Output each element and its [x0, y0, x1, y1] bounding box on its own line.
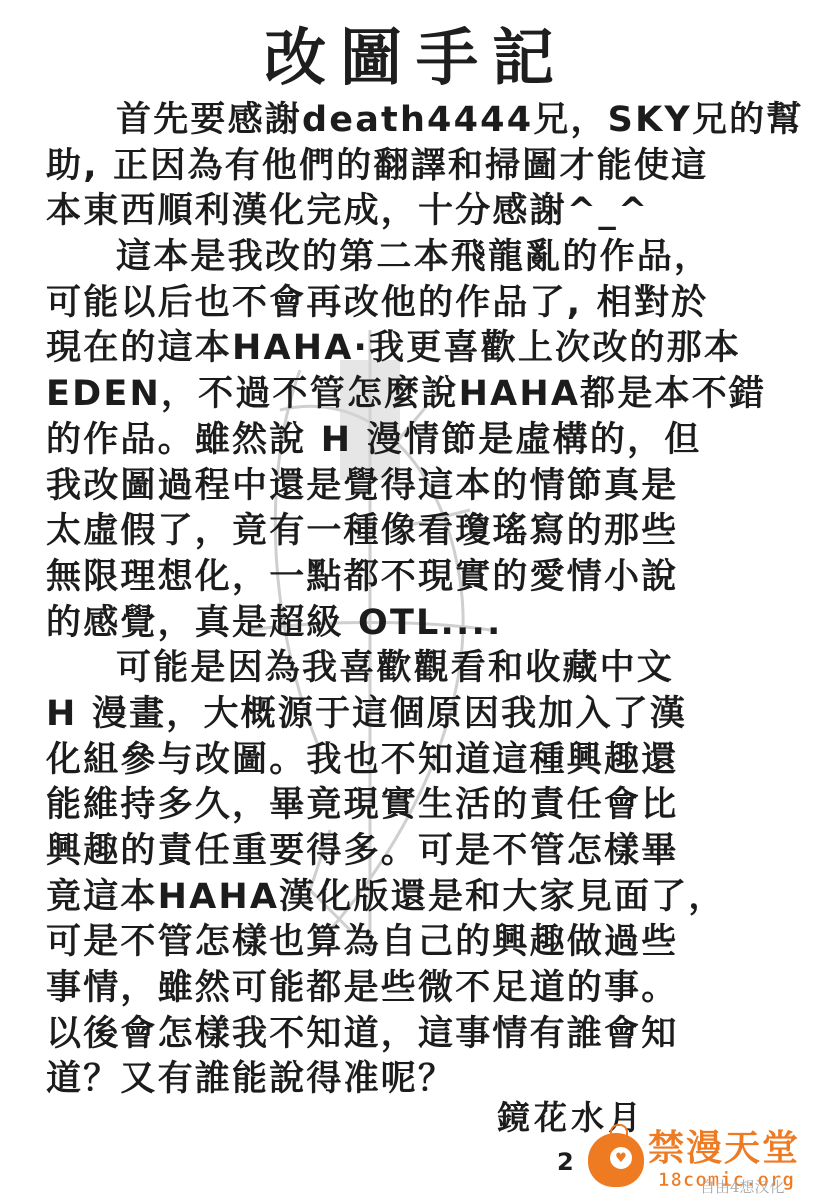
document-page: 改圖手記 首先要感謝death4444兄，SKY兄的幫 助, 正因為有他們的翻譯… [0, 0, 832, 1200]
text-line: H 漫畫，大概源于這個原因我加入了漢 [46, 692, 786, 738]
text-line: 現在的這本HAHA·我更喜歡上次改的那本 [46, 326, 786, 372]
text-line: 無限理想化，一點都不現實的愛情小說 [46, 555, 786, 601]
heart-icon: ♥ [610, 1147, 632, 1169]
brand-name: 禁漫天堂 [648, 1129, 800, 1169]
text-line: 可是不管怎樣也算為自己的興趣做過些 [46, 920, 786, 966]
text-line: 我改圖過程中還是覺得這本的情節真是 [46, 464, 786, 510]
text-line: 以後會怎樣我不知道，這事情有誰會知 [46, 1012, 786, 1058]
text-line: 首先要感謝death4444兄，SKY兄的幫 [46, 98, 786, 144]
text-line: 化組參与改圖。我也不知道這種興趣還 [46, 738, 786, 784]
group-credit: 自由4想汉化 [700, 1176, 785, 1197]
page-title: 改圖手記 [0, 8, 832, 97]
date-partial: 2 [557, 1148, 574, 1176]
text-line: 助, 正因為有他們的翻譯和掃圖才能使這 [46, 144, 786, 190]
text-line: 可能以后也不會再改他的作品了, 相對於 [46, 281, 786, 327]
mascot-icon: ♥ [588, 1133, 644, 1187]
text-line: 太虛假了，竟有一種像看瓊瑤寫的那些 [46, 509, 786, 555]
text-line: EDEN，不過不管怎麼說HAHA都是本不錯 [46, 372, 786, 418]
text-line: 事情，雖然可能都是些微不足道的事。 [46, 966, 786, 1012]
text-line: 能維持多久，畢竟現實生活的責任會比 [46, 783, 786, 829]
text-line: 這本是我改的第二本飛龍亂的作品， [46, 235, 786, 281]
text-line: 興趣的責任重要得多。可是不管怎樣畢 [46, 829, 786, 875]
text-line: 的作品。雖然說 H 漫情節是虛構的，但 [46, 418, 786, 464]
text-line: 本東西順利漢化完成，十分感謝^_^ [46, 189, 786, 235]
text-line: 竟這本HAHA漢化版還是和大家見面了， [46, 875, 786, 921]
text-line: 的感覺，真是超級 OTL.... [46, 601, 786, 647]
text-line: 可能是因為我喜歡觀看和收藏中文 [46, 646, 786, 692]
text-line: 道？又有誰能說得准呢？ [46, 1057, 786, 1103]
notes-body: 首先要感謝death4444兄，SKY兄的幫 助, 正因為有他們的翻譯和掃圖才能… [46, 98, 786, 1103]
